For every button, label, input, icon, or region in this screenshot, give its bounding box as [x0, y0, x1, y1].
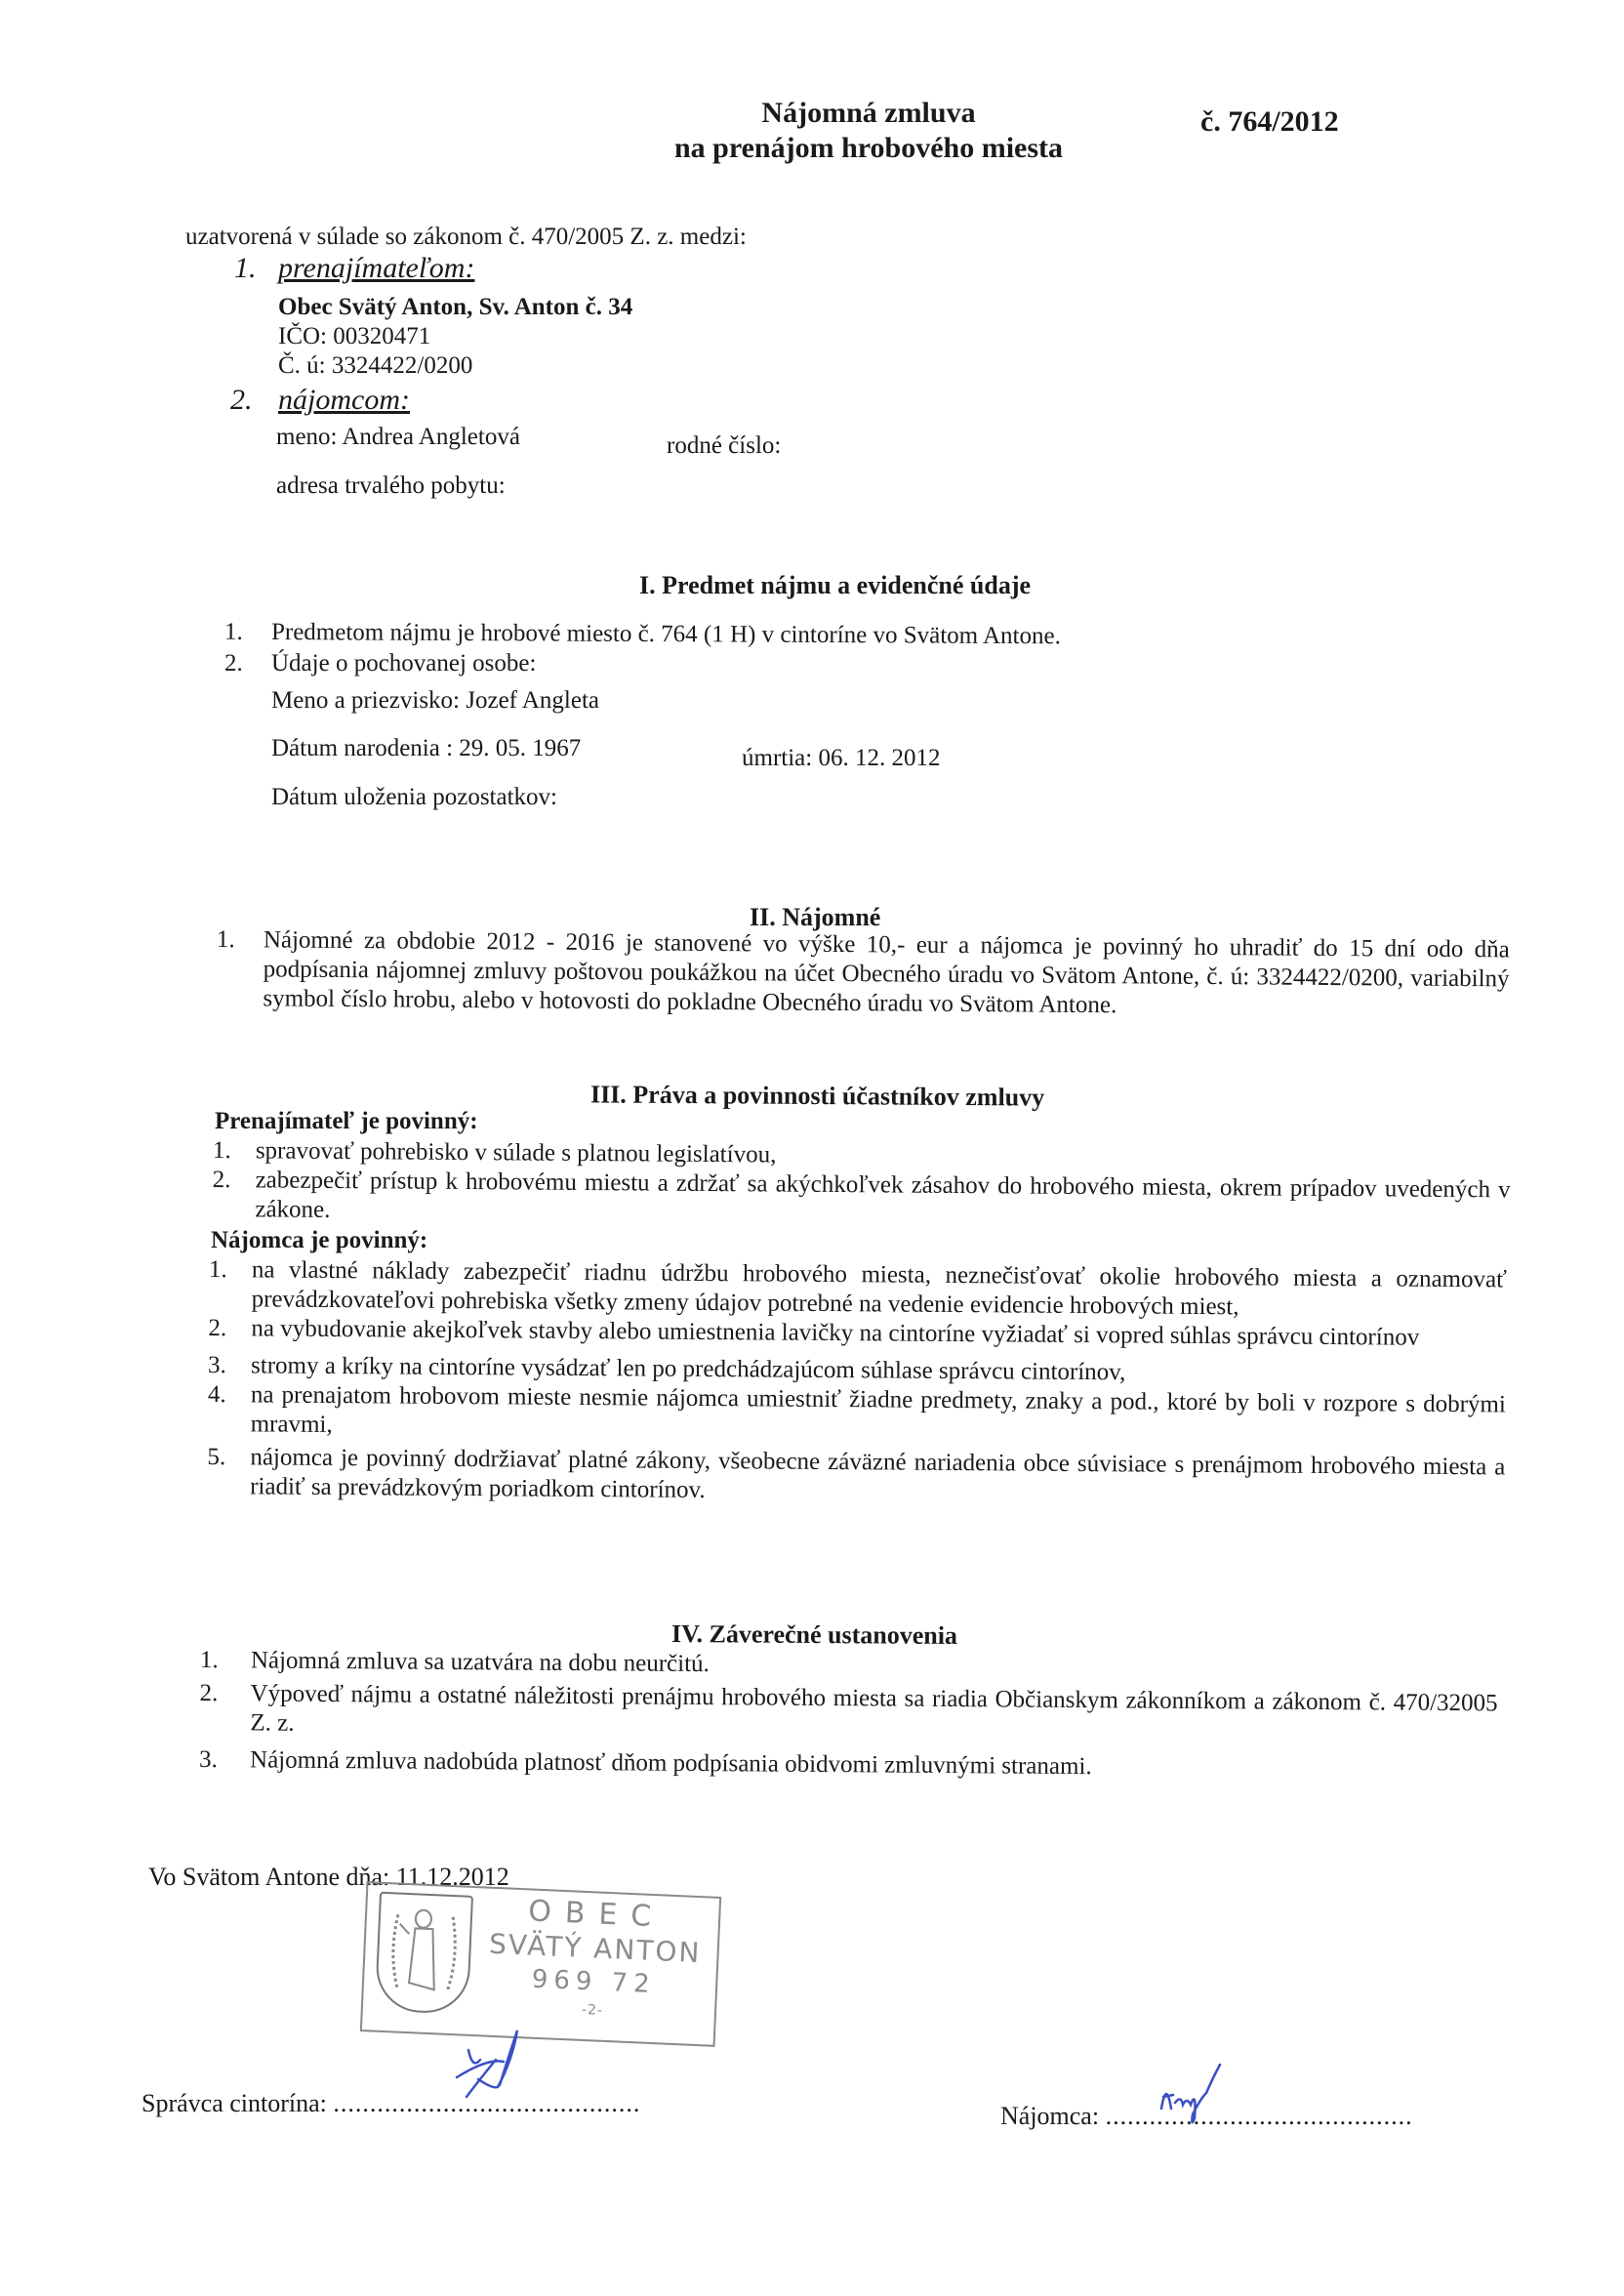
- tenant-label: Nájomca:: [1000, 2102, 1099, 2130]
- tenant-label: nájomcom:: [278, 384, 410, 417]
- item-number: 2.: [208, 1314, 255, 1343]
- tenant-signature-icon: [1152, 2060, 1239, 2138]
- manager-label: Správca cintorína:: [142, 2089, 327, 2117]
- list-item: 2. zabezpečiť prístup k hrobovému miestu…: [212, 1166, 1510, 1234]
- title-line-2: na prenájom hrobového miesta: [625, 131, 1113, 166]
- item-text: Nájomná zmluva sa uzatvára na dobu neurč…: [251, 1646, 1498, 1685]
- list-item: 3. Nájomná zmluva nadobúda platnosť dňom…: [199, 1745, 1497, 1784]
- tenant-duties-heading: Nájomca je povinný:: [211, 1226, 427, 1255]
- section-2-item-1: 1. Nájomné za obdobie 2012 - 2016 je sta…: [216, 925, 1510, 1023]
- item-text: na prenajatom hrobovom mieste nesmie náj…: [251, 1380, 1506, 1449]
- manager-signature-icon: [439, 2021, 537, 2118]
- item-text: Nájomná zmluva nadobúda platnosť dňom po…: [250, 1745, 1497, 1784]
- landlord-account: Č. ú: 3324422/0200: [278, 351, 472, 381]
- list-item: 5. nájomca je povinný dodržiavať platné …: [207, 1443, 1505, 1511]
- item-number: 1.: [217, 925, 264, 955]
- landlord-duties-heading: Prenajímateľ je povinný:: [215, 1107, 478, 1136]
- document-title: Nájomná zmluva na prenájom hrobového mie…: [625, 96, 1113, 166]
- section-4-list: 1. Nájomná zmluva sa uzatvára na dobu ne…: [199, 1646, 1498, 1784]
- item-number: 1.: [209, 1255, 256, 1285]
- item-number: 1.: [224, 618, 271, 647]
- tenant-name: meno: Andrea Angletová: [276, 423, 520, 452]
- list-item: 4. na prenajatom hrobovom mieste nesmie …: [208, 1380, 1506, 1449]
- item-text: zabezpečiť prístup k hrobovému miestu a …: [255, 1166, 1510, 1234]
- item-text: na vlastné náklady zabezpečiť riadnu údr…: [252, 1255, 1507, 1324]
- item-text: Predmetom nájmu je hrobové miesto č. 764…: [271, 619, 1061, 649]
- item-number: 2.: [199, 1679, 246, 1708]
- section-3-tenant-list: 1. na vlastné náklady zabezpečiť riadnu …: [207, 1255, 1507, 1511]
- item-number: 1.: [200, 1646, 247, 1675]
- contract-number: č. 764/2012: [1200, 105, 1339, 139]
- item-text: Údaje o pochovanej osobe:: [271, 650, 536, 676]
- burial-date-label: Dátum uloženia pozostatkov:: [271, 783, 557, 812]
- section-1-item-1: 1.Predmetom nájmu je hrobové miesto č. 7…: [224, 618, 1061, 651]
- list-item: 1. na vlastné náklady zabezpečiť riadnu …: [209, 1255, 1507, 1324]
- stamp-line-3: 969 72: [481, 1962, 707, 2001]
- list-item: 1. Nájomná zmluva sa uzatvára na dobu ne…: [200, 1646, 1498, 1685]
- list-item: 2. Výpoveď nájmu a ostatné náležitosti p…: [199, 1679, 1497, 1747]
- section-1-heading: I. Predmet nájmu a evidenčné údaje: [639, 571, 1031, 600]
- item-number: 2.: [224, 649, 271, 678]
- birth-date: Dátum narodenia : 29. 05. 1967: [271, 734, 581, 763]
- section-3-landlord-list: 1. spravovať pohrebisko v súlade s platn…: [212, 1136, 1511, 1234]
- landlord-number: 1.: [234, 252, 257, 285]
- landlord-name: Obec Svätý Anton, Sv. Anton č. 34: [278, 293, 632, 322]
- address-label: adresa trvalého pobytu:: [276, 471, 506, 501]
- landlord-label: prenajímateľom:: [278, 252, 474, 285]
- item-number: 5.: [207, 1443, 254, 1472]
- item-number: 1.: [213, 1136, 260, 1166]
- birth-number-label: rodné číslo:: [667, 431, 781, 461]
- item-number: 2.: [213, 1166, 260, 1195]
- item-number: 4.: [208, 1380, 255, 1410]
- manager-signature-line: Správca cintorína: .....................…: [142, 2089, 640, 2118]
- item-text: nájomca je povinný dodržiavať platné zák…: [250, 1443, 1505, 1511]
- landlord-ico: IČO: 00320471: [278, 322, 430, 351]
- deceased-name: Meno a priezvisko: Jozef Angleta: [271, 686, 599, 716]
- section-4-heading: IV. Záverečné ustanovenia: [671, 1619, 957, 1651]
- section-2-heading: II. Nájomné: [750, 903, 880, 932]
- stamp-line-4: -2-: [480, 1997, 705, 2023]
- item-text: Nájomné za obdobie 2012 - 2016 je stanov…: [263, 925, 1510, 1023]
- section-3-heading: III. Práva a povinnosti účastníkov zmluv…: [590, 1080, 1044, 1112]
- item-number: 3.: [199, 1745, 246, 1775]
- official-stamp: OBEC SVÄTÝ ANTON 969 72 -2-: [360, 1881, 721, 2047]
- item-number: 3.: [208, 1351, 255, 1380]
- section-1-item-2: 2.Údaje o pochovanej osobe:: [224, 649, 536, 678]
- title-line-1: Nájomná zmluva: [625, 96, 1113, 131]
- intro-text: uzatvorená v súlade so zákonom č. 470/20…: [185, 223, 747, 252]
- item-text: Výpoveď nájmu a ostatné náležitosti pren…: [250, 1679, 1497, 1747]
- coat-of-arms-icon: [375, 1892, 473, 2015]
- tenant-number: 2.: [230, 384, 253, 417]
- death-date: úmrtia: 06. 12. 2012: [742, 744, 940, 773]
